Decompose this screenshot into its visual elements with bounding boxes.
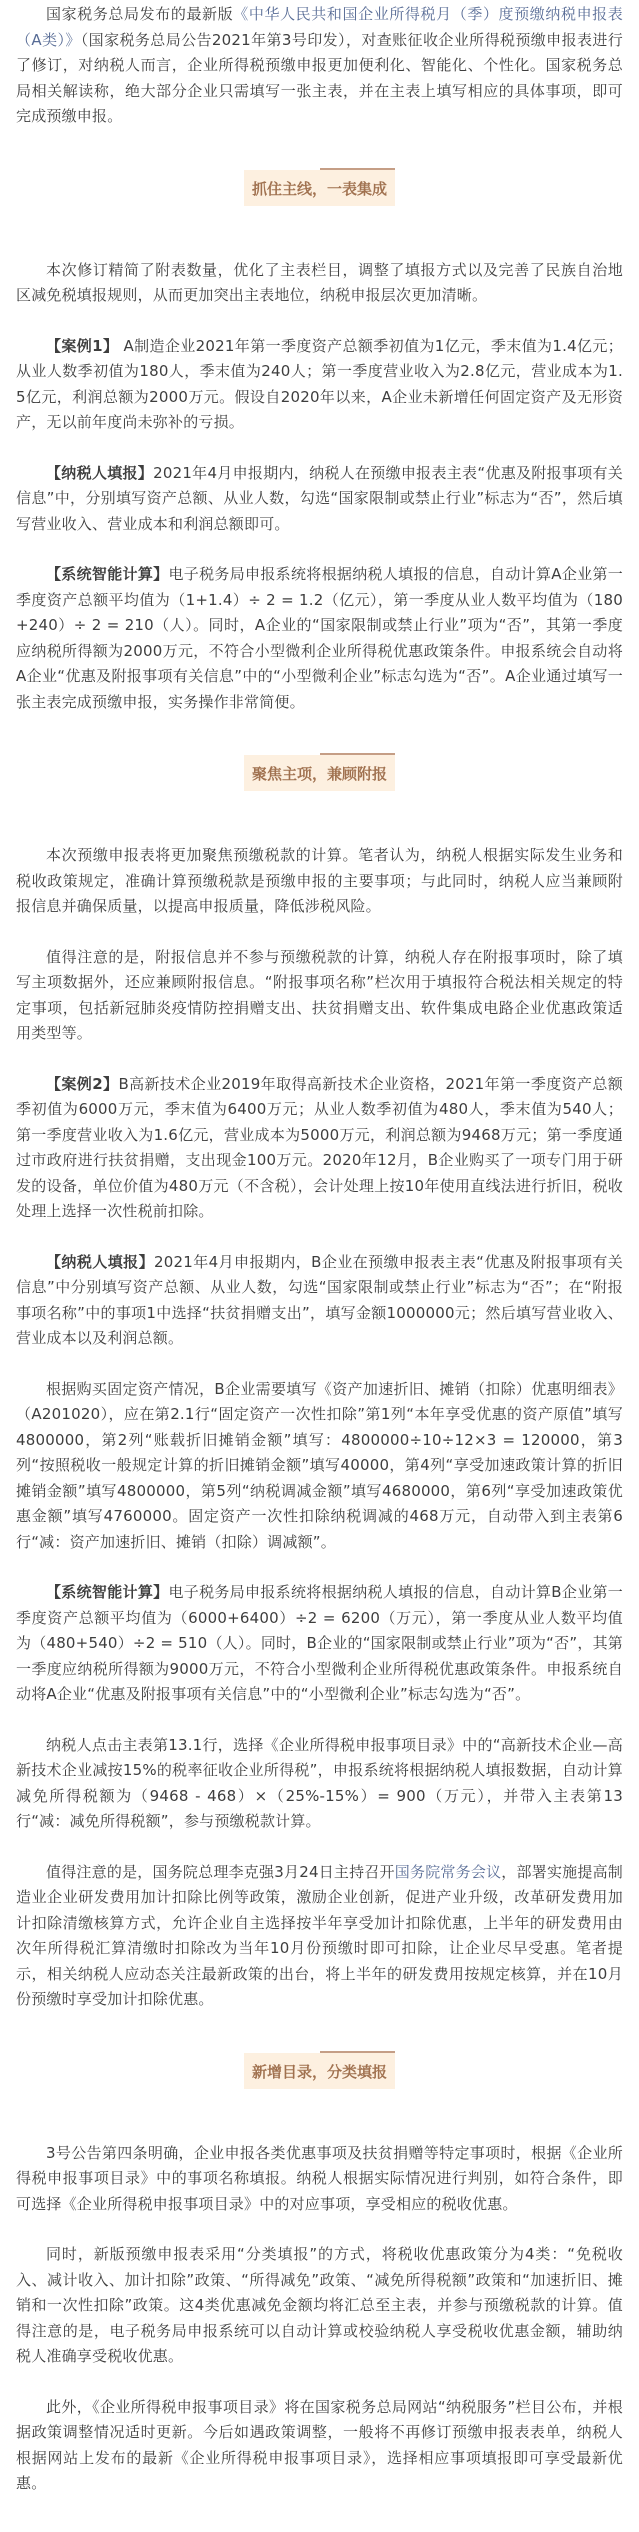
intro-prefix: 国家税务总局发布的最新版 xyxy=(46,5,233,23)
paragraph: 3号公告第四条明确，企业申报各类优惠事项及扶贫捐赠等特定事项时，根据《企业所得税… xyxy=(16,2141,623,2218)
paragraph-text: 本次修订精简了附表数量，优化了主表栏目，调整了填报方式以及完善了民族自治地区减免… xyxy=(16,261,623,305)
case-2-paragraph: 【案例2】B高新技术企业2019年取得高新技术企业资格，2021年第一季度资产总… xyxy=(16,1072,623,1225)
section-heading-2-wrap: 聚焦主项，兼顾附报 xyxy=(16,755,623,791)
case-1-paragraph: 【案例1】 A制造企业2021年第一季度资产总额季初值为1亿元，季末值为1.4亿… xyxy=(16,334,623,436)
paragraph-label: 【系统智能计算】 xyxy=(46,1583,169,1601)
intro-paragraph: 国家税务总局发布的最新版《中华人民共和国企业所得税月（季）度预缴纳税申报表（A类… xyxy=(16,2,623,130)
paragraph-text: 3号公告第四条明确，企业申报各类优惠事项及扶贫捐赠等特定事项时，根据《企业所得税… xyxy=(16,2144,623,2213)
section-heading: 抓住主线，一表集成 xyxy=(244,170,395,206)
section-heading: 聚焦主项，兼顾附报 xyxy=(244,755,395,791)
paragraph: 值得注意的是，附报信息并不参与预缴税款的计算，纳税人存在附报事项时，除了填写主项… xyxy=(16,945,623,1047)
paragraph-label: 【纳税人填报】 xyxy=(46,464,153,482)
taxpayer-filing-paragraph: 【纳税人填报】2021年4月申报期内，B企业在预缴申报表主表“优惠及附报事项有关… xyxy=(16,1250,623,1352)
paragraph-text: 本次预缴申报表将更加聚焦预缴税款的计算。笔者认为，纳税人根据实际发生业务和税收政… xyxy=(16,846,623,915)
paragraph: 纳税人点击主表第13.1行，选择《企业所得税申报事项目录》中的“高新技术企业—高… xyxy=(16,1733,623,1835)
paragraph: 此外，《企业所得税申报事项目录》将在国家税务总局网站“纳税服务”栏目公布，并根据… xyxy=(16,2395,623,2497)
taxpayer-filing-paragraph: 【纳税人填报】2021年4月申报期内，纳税人在预缴申报表主表“优惠及附报事项有关… xyxy=(16,461,623,538)
paragraph: 本次修订精简了附表数量，优化了主表栏目，调整了填报方式以及完善了民族自治地区减免… xyxy=(16,258,623,309)
paragraph-text: 电子税务局申报系统将根据纳税人填报的信息，自动计算B企业第一季度资产总额平均值为… xyxy=(16,1583,623,1703)
paragraph-text: 纳税人点击主表第13.1行，选择《企业所得税申报事项目录》中的“高新技术企业—高… xyxy=(16,1736,623,1831)
notice-paragraph: 值得注意的是，国务院总理李克强3月24日主持召开国务院常务会议，部署实施提高制造… xyxy=(16,1860,623,2013)
paragraph-text: 值得注意的是，附报信息并不参与预缴税款的计算，纳税人存在附报事项时，除了填写主项… xyxy=(16,948,623,1043)
paragraph: 本次预缴申报表将更加聚焦预缴税款的计算。笔者认为，纳税人根据实际发生业务和税收政… xyxy=(16,843,623,920)
state-council-meeting-link[interactable]: 国务院常务会议 xyxy=(395,1863,502,1881)
system-calculation-paragraph: 【系统智能计算】电子税务局申报系统将根据纳税人填报的信息，自动计算B企业第一季度… xyxy=(16,1580,623,1708)
paragraph-text: B高新技术企业2019年取得高新技术企业资格，2021年第一季度资产总额季初值为… xyxy=(16,1075,623,1221)
paragraph-label: 【案例1】 xyxy=(46,337,118,355)
section-heading-1-wrap: 抓住主线，一表集成 xyxy=(16,170,623,206)
system-calculation-paragraph: 【系统智能计算】电子税务局申报系统将根据纳税人填报的信息，自动计算A企业第一季度… xyxy=(16,562,623,715)
paragraph-label: 【纳税人填报】 xyxy=(46,1253,154,1271)
intro-suffix: （国家税务总局公告2021年第3号印发），对查账征收企业所得税预缴申报表进行了修… xyxy=(16,31,623,126)
paragraph: 同时，新版预缴申报表采用“分类填报”的方式，将税收优惠政策分为4类：“免税收入、… xyxy=(16,2242,623,2370)
paragraph-label: 【案例2】 xyxy=(46,1075,118,1093)
paragraph-text: 电子税务局申报系统将根据纳税人填报的信息，自动计算A企业第一季度资产总额平均值为… xyxy=(16,565,623,711)
paragraph: 根据购买固定资产情况，B企业需要填写《资产加速折旧、摊销（扣除）优惠明细表》（A… xyxy=(16,1377,623,1556)
paragraph-text: 同时，新版预缴申报表采用“分类填报”的方式，将税收优惠政策分为4类：“免税收入、… xyxy=(16,2245,623,2365)
article-body: 国家税务总局发布的最新版《中华人民共和国企业所得税月（季）度预缴纳税申报表（A类… xyxy=(0,0,639,2532)
section-heading: 新增目录，分类填报 xyxy=(244,2053,395,2089)
paragraph-label: 【系统智能计算】 xyxy=(46,565,169,583)
section-heading-3-wrap: 新增目录，分类填报 xyxy=(16,2053,623,2089)
paragraph-text: 此外，《企业所得税申报事项目录》将在国家税务总局网站“纳税服务”栏目公布，并根据… xyxy=(16,2398,623,2493)
notice-prefix: 值得注意的是，国务院总理李克强3月24日主持召开 xyxy=(46,1863,395,1881)
notice-suffix: ，部署实施提高制造业企业研发费用加计扣除比例等政策，激励企业创新，促进产业升级，… xyxy=(16,1863,623,2009)
paragraph-text: 根据购买固定资产情况，B企业需要填写《资产加速折旧、摊销（扣除）优惠明细表》（A… xyxy=(16,1380,623,1551)
